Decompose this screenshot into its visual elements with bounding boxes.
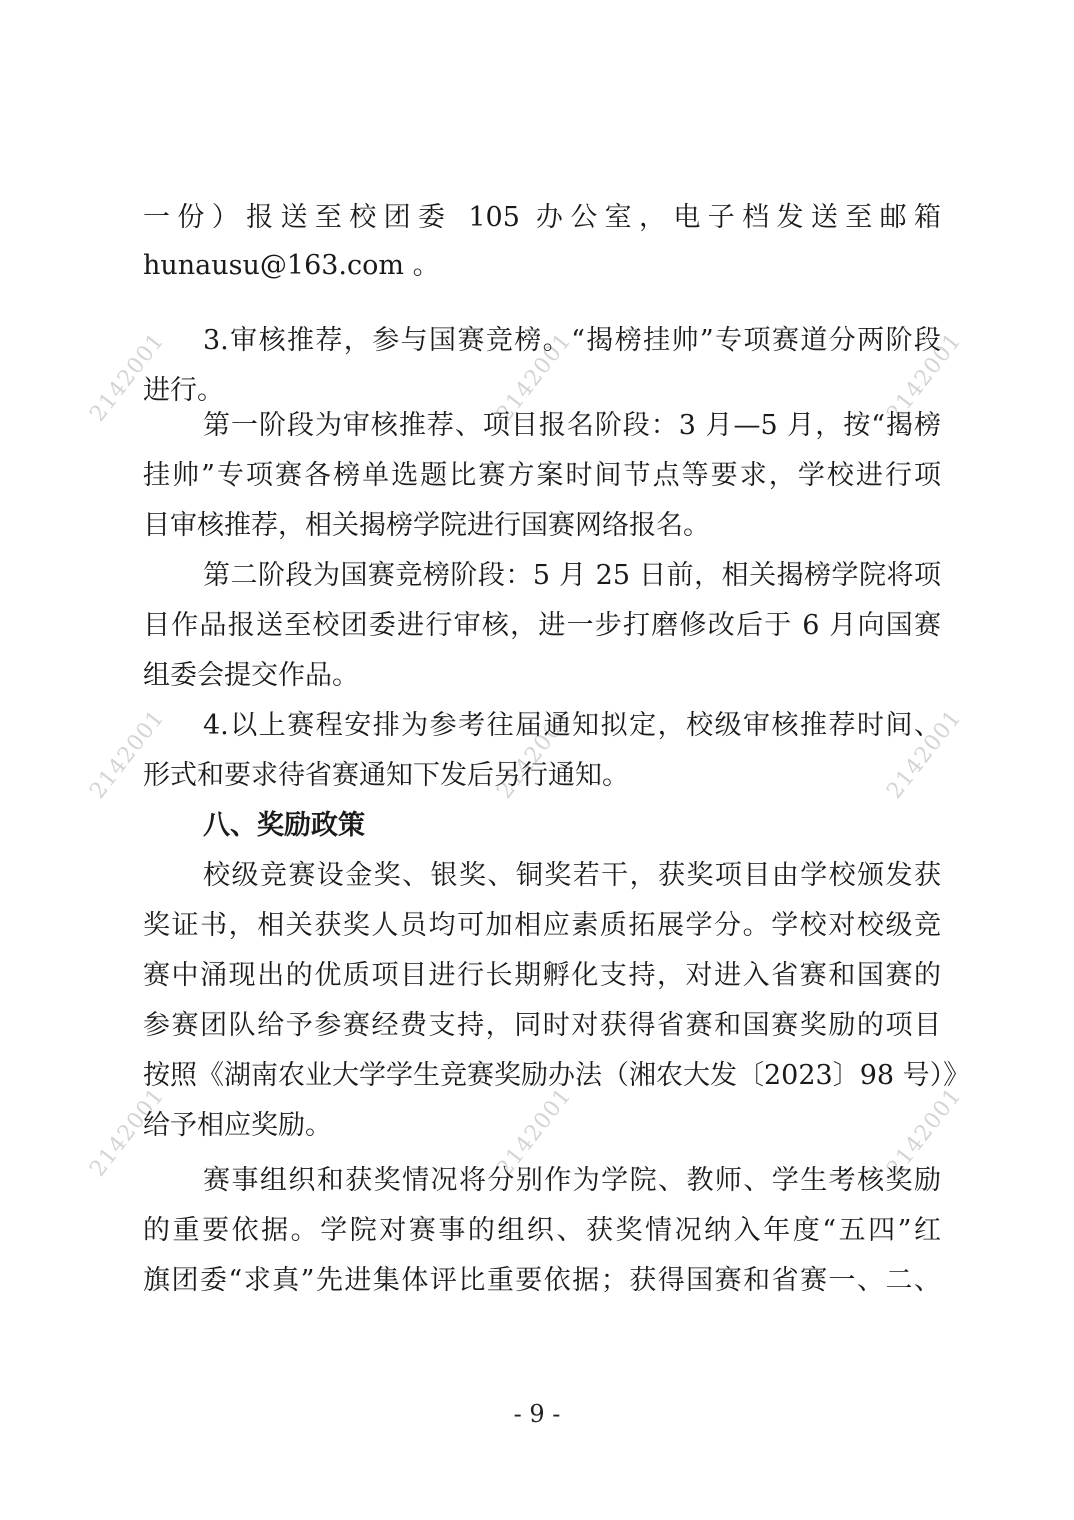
section-heading: 八、奖励政策 bbox=[203, 806, 365, 846]
text-line: 赛事组织和获奖情况将分别作为学院、教师、学生考核奖励 bbox=[203, 1161, 941, 1201]
text-line: 第二阶段为国赛竞榜阶段：5 月 25 日前，相关揭榜学院将项 bbox=[203, 556, 941, 596]
text-line: 旗团委“求真”先进集体评比重要依据；获得国赛和省赛一、二、 bbox=[143, 1261, 941, 1301]
text-line: 组委会提交作品。 bbox=[143, 656, 359, 696]
page-number: - 9 - bbox=[0, 1400, 1074, 1428]
text-line: 目作品报送至校团委进行审核，进一步打磨修改后于 6 月向国赛 bbox=[143, 606, 941, 646]
text-line: 形式和要求待省赛通知下发后另行通知。 bbox=[143, 756, 629, 796]
text-line: 挂帅”专项赛各榜单选题比赛方案时间节点等要求，学校进行项 bbox=[143, 456, 941, 496]
text-line: 参赛团队给予参赛经费支持，同时对获得省赛和国赛奖励的项目 bbox=[143, 1006, 941, 1046]
text-line: 按照《湖南农业大学学生竞赛奖励办法（湘农大发〔2023〕98 号）》 bbox=[143, 1056, 941, 1096]
text-line: 进行。 bbox=[143, 371, 224, 411]
text-line: 目审核推荐，相关揭榜学院进行国赛网络报名。 bbox=[143, 506, 710, 546]
document-page: 2142001 2142001 2142001 2142001 2142001 … bbox=[0, 0, 1074, 1520]
text-line: 一份）报送至校团委 105 办公室，电子档发送至邮箱 bbox=[143, 198, 941, 238]
text-line: 的重要依据。学院对赛事的组织、获奖情况纳入年度“五四”红 bbox=[143, 1211, 941, 1251]
text-line: 奖证书，相关获奖人员均可加相应素质拓展学分。学校对校级竞 bbox=[143, 906, 941, 946]
text-line: 第一阶段为审核推荐、项目报名阶段：3 月—5 月，按“揭榜 bbox=[203, 406, 941, 446]
email-line: hunausu@163.com 。 bbox=[143, 246, 440, 286]
text-line: 3.审核推荐，参与国赛竞榜。“揭榜挂帅”专项赛道分两阶段 bbox=[203, 321, 941, 361]
text-line: 赛中涌现出的优质项目进行长期孵化支持，对进入省赛和国赛的 bbox=[143, 956, 941, 996]
text-line: 给予相应奖励。 bbox=[143, 1106, 332, 1146]
text-line: 校级竞赛设金奖、银奖、铜奖若干，获奖项目由学校颁发获 bbox=[203, 856, 941, 896]
text-line: 4.以上赛程安排为参考往届通知拟定，校级审核推荐时间、 bbox=[203, 706, 941, 746]
